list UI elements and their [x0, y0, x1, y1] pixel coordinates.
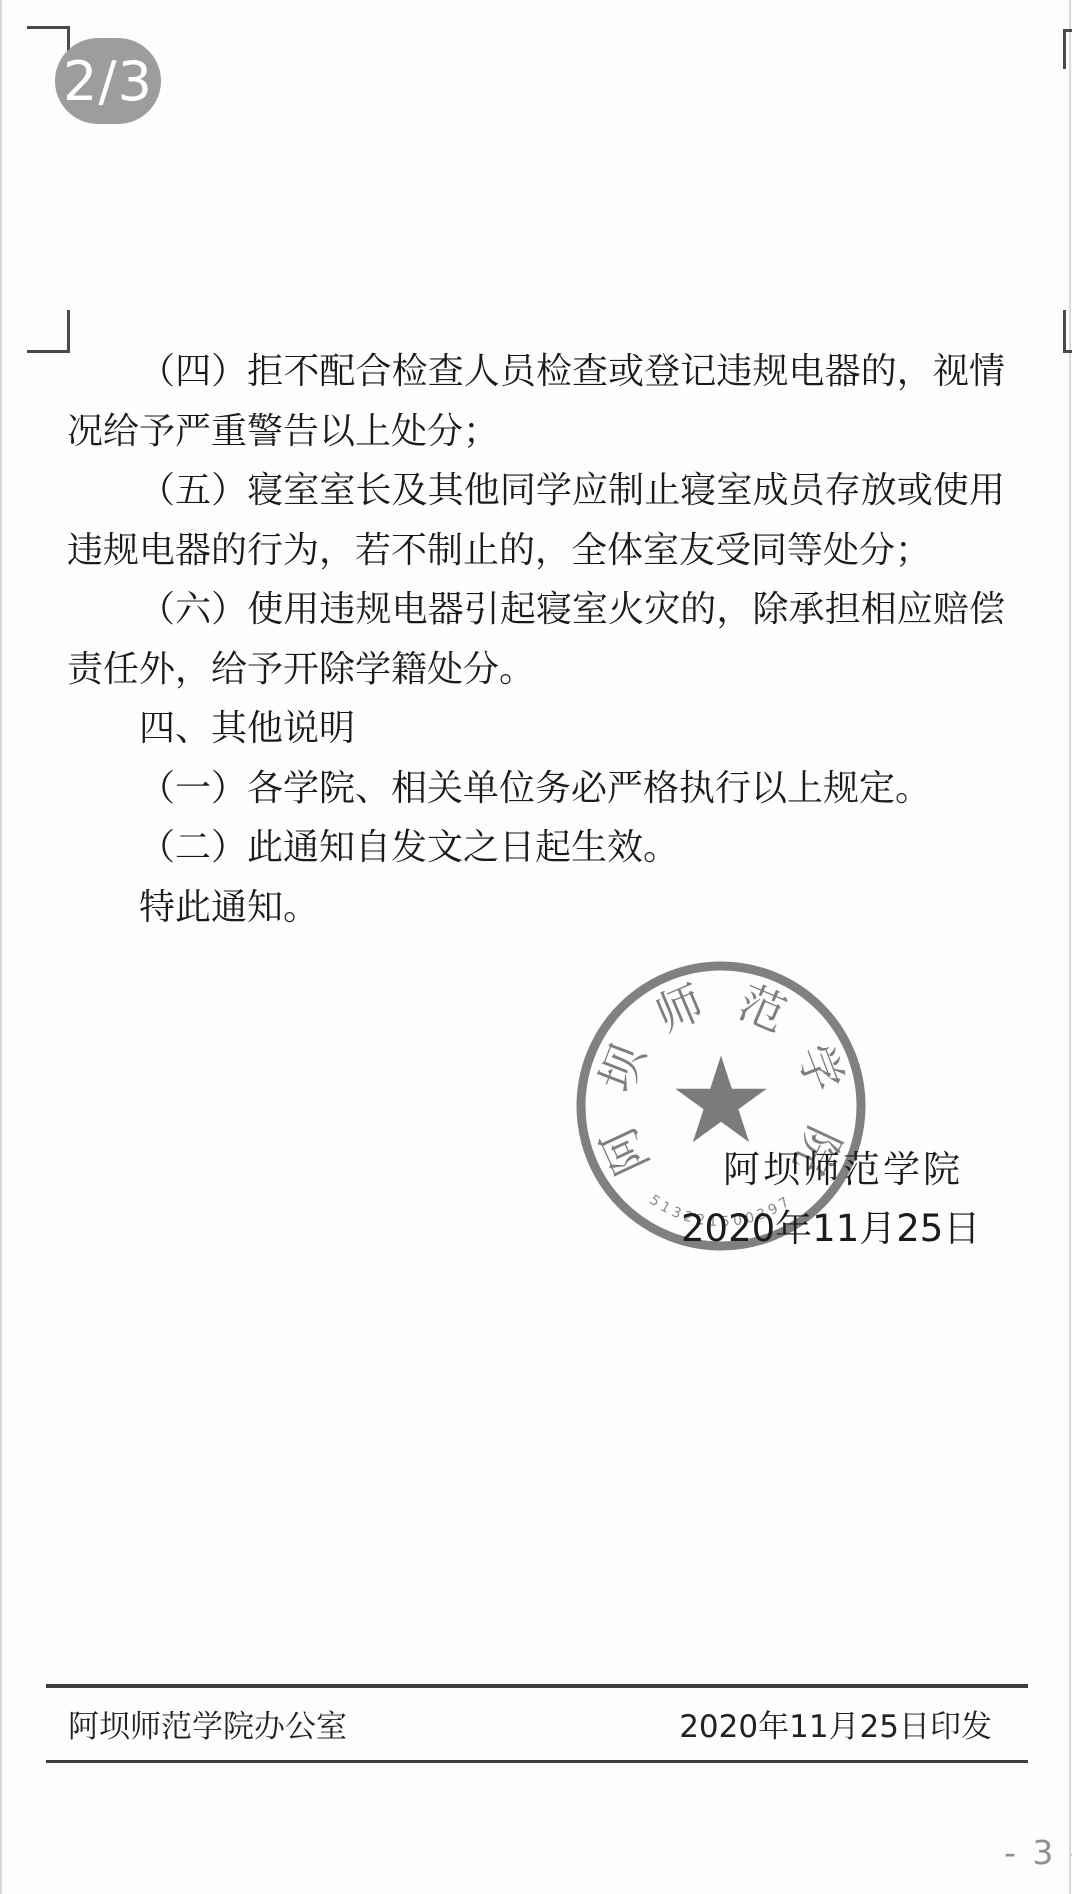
scan-edge-left [0, 0, 2, 1894]
body-paragraph-o1: （一）各学院、相关单位务必严格执行以上规定。 [67, 759, 1005, 819]
body-paragraph-5: （五）寝室室长及其他同学应制止寝室成员存放或使用违规电器的行为，若不制止的，全体… [67, 461, 1005, 580]
body-paragraph-4: （四）拒不配合检查人员检查或登记违规电器的，视情况给予严重警告以上处分； [67, 342, 1005, 461]
star-icon [675, 1056, 766, 1143]
document-page: 2/3 （四）拒不配合检查人员检查或登记违规电器的，视情况给予严重警告以上处分；… [0, 0, 1072, 1894]
notice-closing: 特此通知。 [67, 878, 1005, 938]
signature-org: 阿坝师范学院 [723, 1139, 963, 1193]
footer-issue-date: 2020年11月25日印发 [679, 1701, 992, 1746]
page-indicator-label: 2/3 [63, 50, 153, 113]
footer-rule-bottom [46, 1760, 1028, 1763]
crop-mark-middle-left [27, 310, 70, 353]
section-heading-other: 四、其他说明 [67, 699, 1005, 759]
page-number: - 3 - [1004, 1833, 1072, 1872]
body-paragraph-6: （六）使用违规电器引起寝室火灾的，除承担相应赔偿责任外，给予开除学籍处分。 [67, 580, 1005, 699]
scan-edge-right [1069, 0, 1071, 1894]
signature-date: 2020年11月25日 [681, 1198, 980, 1252]
body-paragraph-o2: （二）此通知自发文之日起生效。 [67, 818, 1005, 878]
crop-mark-middle-right [1063, 310, 1072, 353]
footer-rule-top [46, 1684, 1028, 1688]
page-indicator-badge: 2/3 [55, 38, 161, 124]
document-body: （四）拒不配合检查人员检查或登记违规电器的，视情况给予严重警告以上处分； （五）… [67, 342, 1005, 937]
footer-row: 阿坝师范学院办公室 2020年11月25日印发 [46, 1701, 1028, 1746]
footer-office: 阿坝师范学院办公室 [68, 1701, 347, 1746]
crop-mark-top-right [1063, 29, 1072, 69]
